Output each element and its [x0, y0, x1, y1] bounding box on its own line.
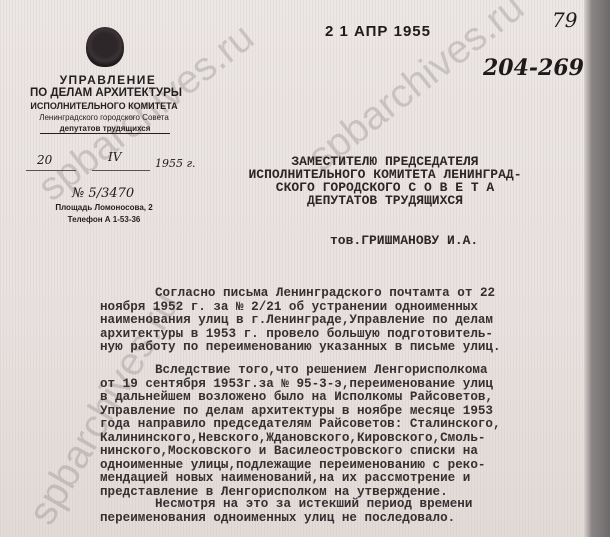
state-emblem-icon: [86, 27, 124, 67]
date-month: IV: [108, 150, 121, 164]
letterhead-dept: ПО ДЕЛАМ АРХИТЕКТУРЫ: [16, 87, 196, 99]
addressee-name: тов.ГРИШМАНОВУ И.А.: [330, 233, 478, 248]
letterhead-org: УПРАВЛЕНИЕ: [58, 73, 158, 87]
text-line: нинского,Московского и Василеостровского…: [100, 445, 560, 459]
letterhead-committee: ИСПОЛНИТЕЛЬНОГО КОМИТЕТА: [14, 101, 194, 111]
letterhead-deputies: депутатов трудящихся: [40, 124, 170, 134]
text-line: наименования улиц в г.Ленинграде,Управле…: [100, 314, 560, 328]
addressee-block: ЗАМЕСТИТЕЛЮ ПРЕДСЕДАТЕЛЯ ИСПОЛНИТЕЛЬНОГО…: [220, 155, 550, 207]
text-line: Управление по делам архитектуры в ноябре…: [100, 405, 560, 419]
text-line: Вследствие того,что решением Ленгориспол…: [100, 364, 560, 378]
text-line: от 19 сентября 1953г.за № 95-3-э,переиме…: [100, 378, 560, 392]
addressee-line: ДЕПУТАТОВ ТРУДЯЩИХСЯ: [220, 194, 550, 207]
page-edge-shadow: [584, 0, 610, 537]
text-line: архитектуры в 1953 г. провело большую по…: [100, 328, 560, 342]
archive-sheet-range: 204-269: [483, 55, 584, 81]
date-year: 1955 г.: [155, 157, 196, 170]
text-line: переименования одноименных улиц не после…: [100, 512, 560, 526]
body-paragraph-2: Вследствие того,что решением Ленгориспол…: [100, 364, 560, 499]
text-line: ноября 1952 г. за № 2/21 об устранении о…: [100, 301, 560, 315]
text-line: в дальнейшем возложено было на Исполкомы…: [100, 391, 560, 405]
received-date-stamp: 2 1 АПР 1955: [325, 23, 431, 40]
text-line: Калининского,Невского,Ждановского,Кировс…: [100, 432, 560, 446]
text-line: года направило председателям Райсоветов:…: [100, 418, 560, 432]
text-line: Несмотря на это за истекший период време…: [100, 498, 560, 512]
text-line: мендацией новых наименований,на их рассм…: [100, 472, 560, 486]
text-line: ную работу по переименованию указанных в…: [100, 341, 560, 355]
letterhead-council: Ленинградского городского Совета: [14, 113, 194, 122]
letterhead-address: Площадь Ломоносова, 2: [14, 203, 194, 212]
text-line: Согласно письма Ленинградского почтамта …: [100, 287, 560, 301]
body-paragraph-3: Несмотря на это за истекший период време…: [100, 498, 560, 525]
letterhead-phone: Телефон А 1-53-36: [14, 215, 194, 224]
date-underline: [26, 170, 76, 171]
text-line: одноименные улицы,подлежащие переименова…: [100, 459, 560, 473]
date-day: 20: [37, 153, 52, 167]
archive-sheet-number: 79: [552, 8, 577, 32]
body-paragraph-1: Согласно письма Ленинградского почтамта …: [100, 287, 560, 355]
registration-number: № 5/3470: [72, 186, 134, 201]
date-underline: [92, 170, 150, 171]
